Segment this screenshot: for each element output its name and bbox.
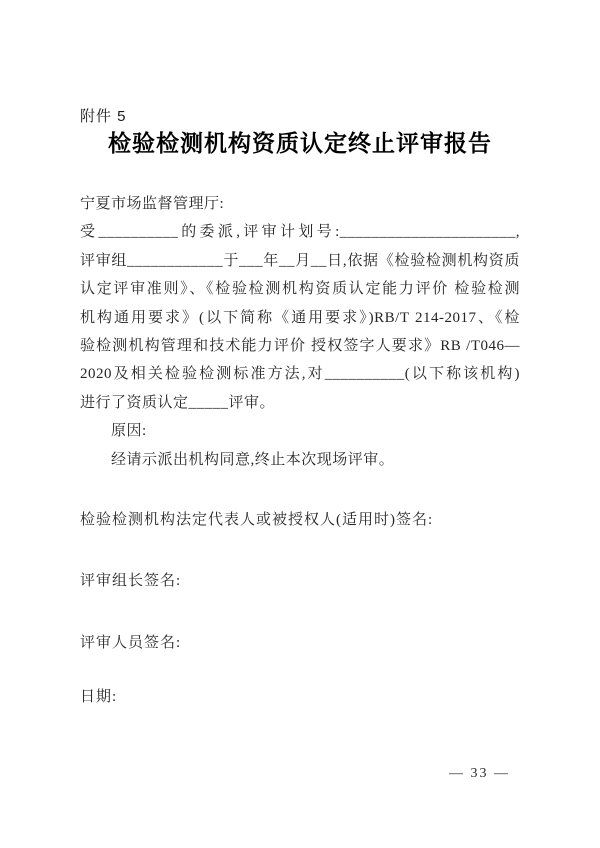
body-line: 经请示派出机构同意,终止本次现场评审。: [80, 446, 520, 474]
body-line: 进行了资质认定_____评审。: [80, 389, 520, 417]
document-title: 检验检测机构资质认定终止评审报告: [0, 127, 600, 161]
body-line: 认定评审准则》、《检验检测机构资质认定能力评价 检验检测: [80, 275, 520, 303]
body-line: 验检测机构管理和技术能力评价 授权签字人要求》RB /T046—: [80, 332, 520, 360]
signature-line-review-personnel: 评审人员签名:: [80, 629, 540, 657]
body-line: 评审组____________于___年__月__日,依据《检验检测机构资质: [80, 247, 520, 275]
signature-line-review-team-leader: 评审组长签名:: [80, 567, 540, 595]
signature-line-date: 日期:: [80, 683, 540, 711]
document-body: 宁夏市场监督管理厅: 受__________的委派,评审计划号:________…: [80, 190, 520, 474]
body-line: 机构通用要求》(以下简称《通用要求》)RB/T 214-2017、《检: [80, 304, 520, 332]
signature-line-legal-representative: 检验检测机构法定代表人或被授权人(适用时)签名:: [80, 506, 540, 534]
body-line-reason: 原因:: [80, 417, 520, 445]
attachment-label: 附件 5: [80, 106, 127, 128]
body-line: 2020及相关检验检测标准方法,对__________(以下称该机构): [80, 360, 520, 388]
document-page: 附件 5 检验检测机构资质认定终止评审报告 宁夏市场监督管理厅: 受______…: [0, 0, 600, 848]
page-number: — 33 —: [449, 764, 510, 784]
body-line: 受__________的委派,评审计划号:___________________…: [80, 218, 520, 246]
body-line-salutation: 宁夏市场监督管理厅:: [80, 190, 520, 218]
